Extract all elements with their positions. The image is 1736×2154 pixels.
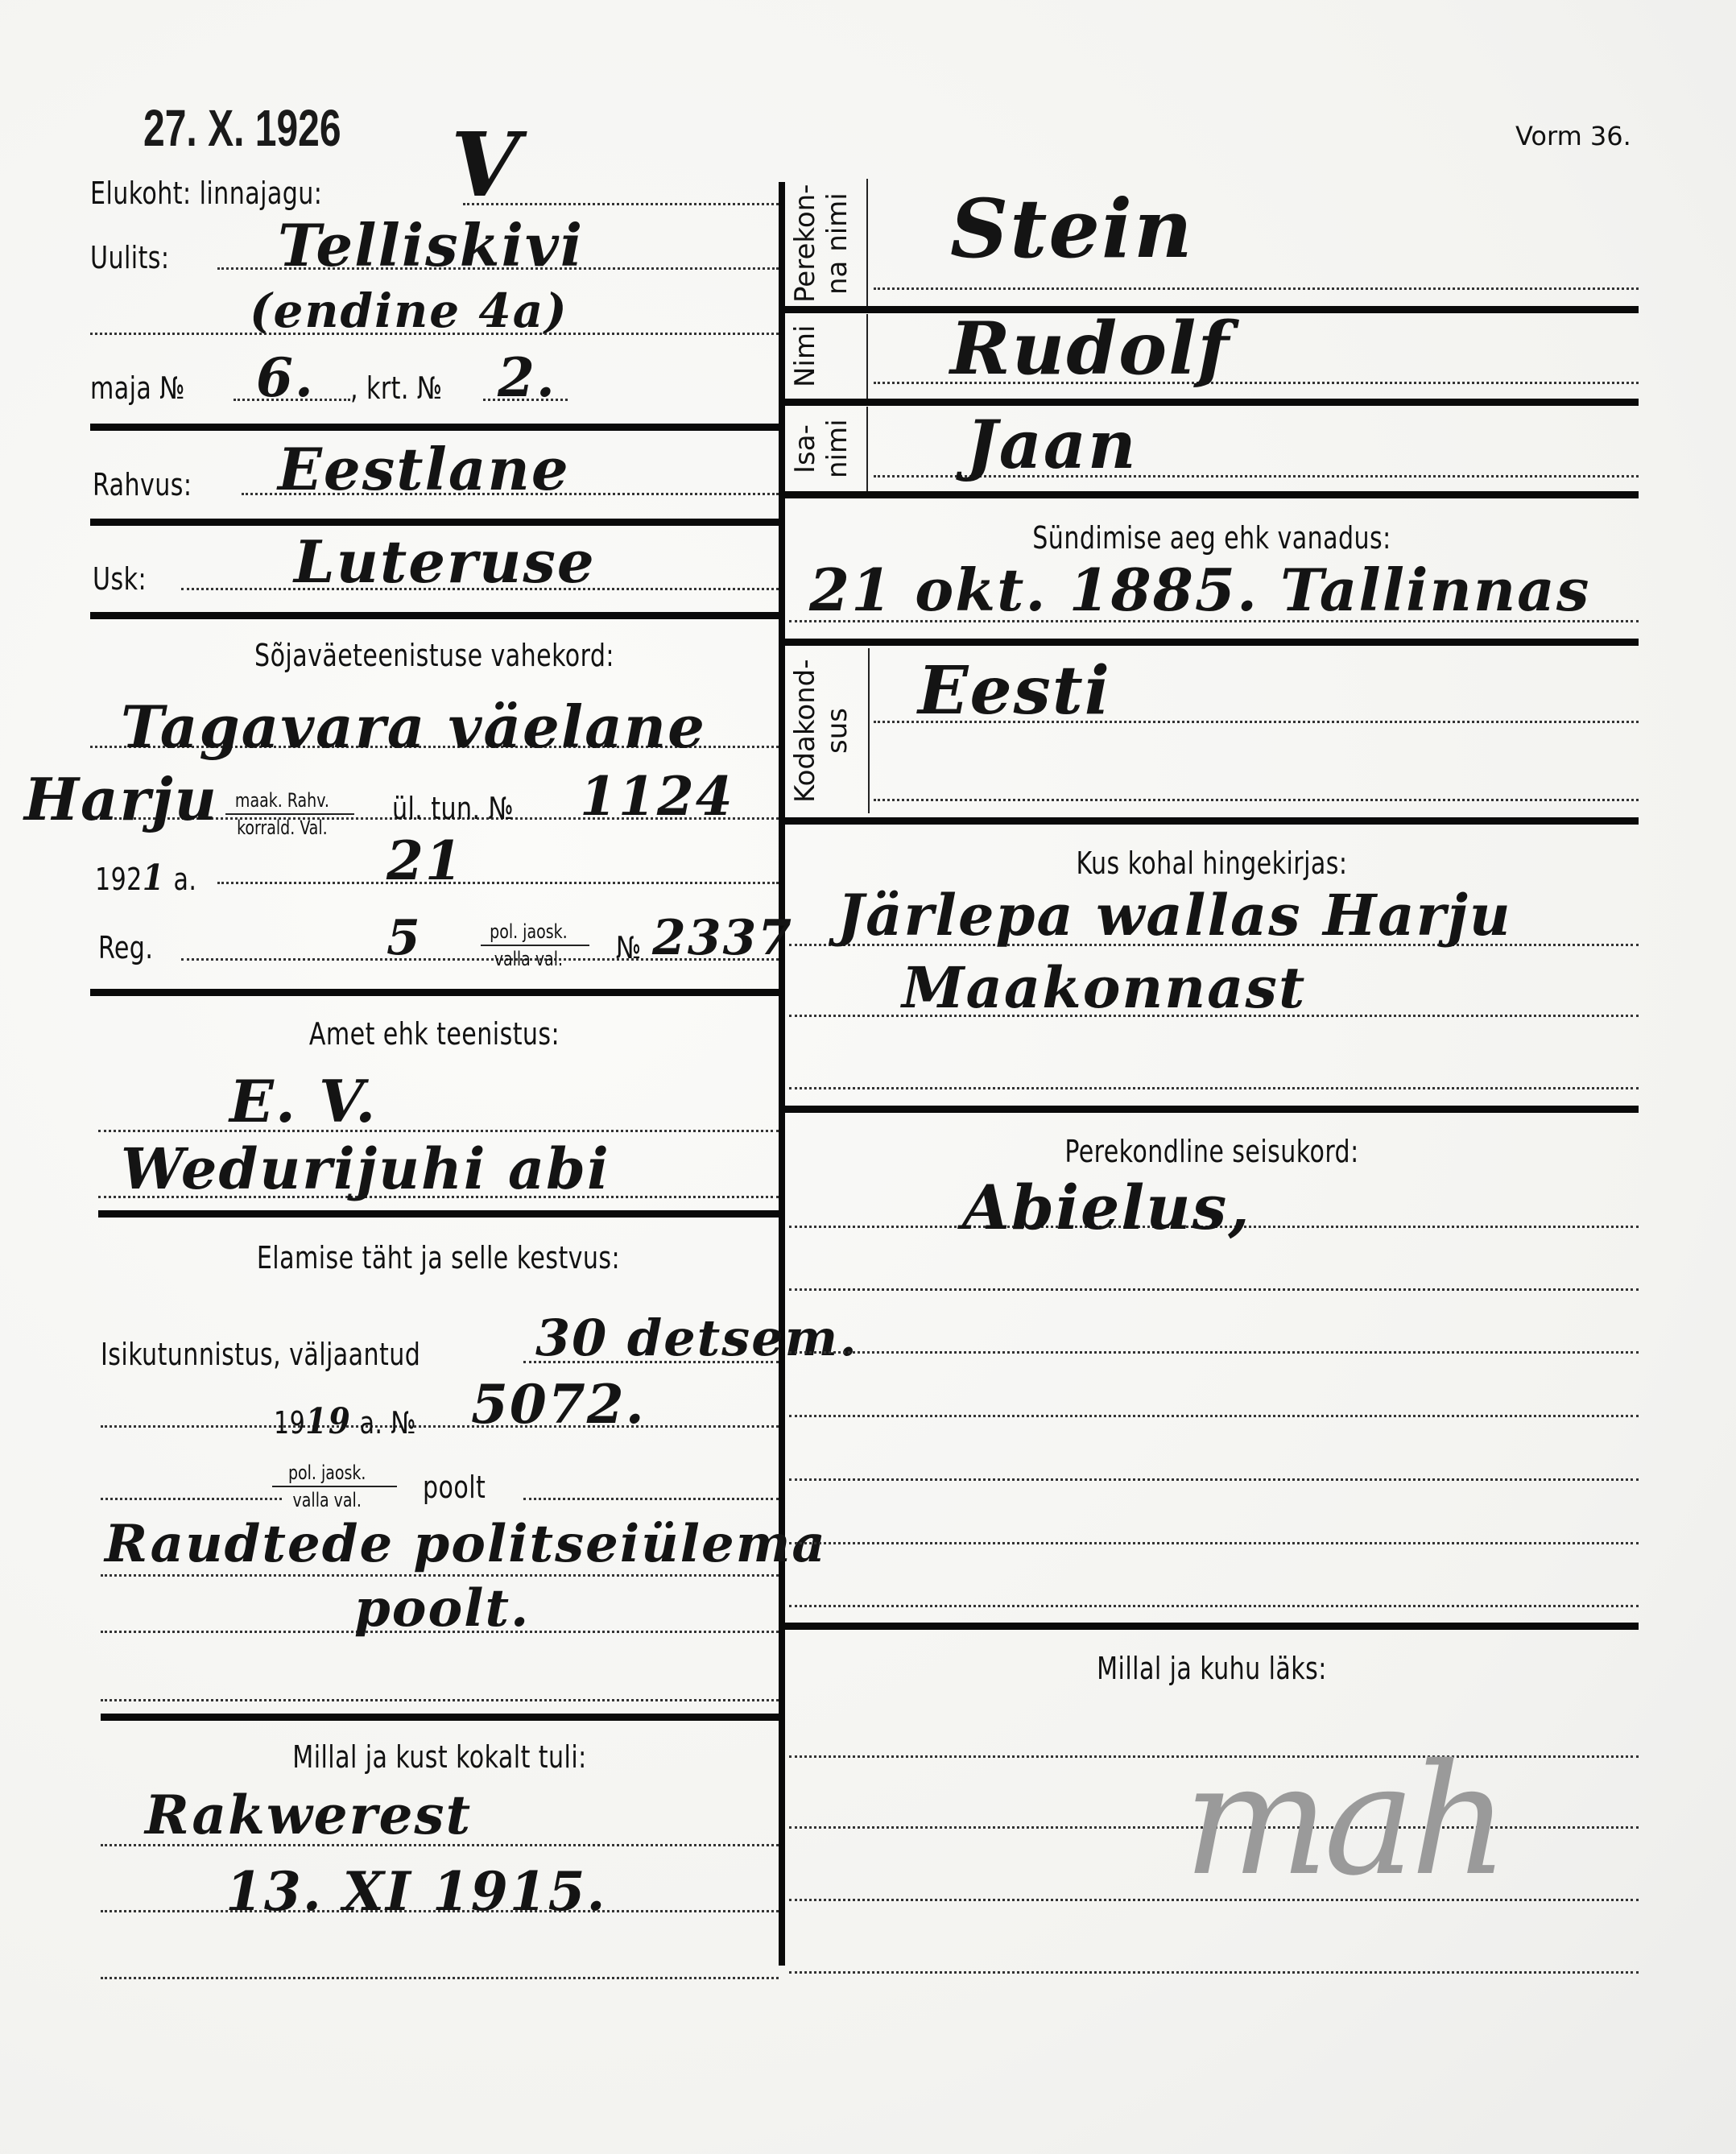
military-heading: Sõjaväeteenistuse vahekord: [131,638,737,673]
district-value: V [451,113,521,217]
departure-value: mah [1184,1731,1504,1909]
birth-heading: Sündimise aeg ehk vanadus: [837,520,1588,556]
reg-label: Reg. [98,930,153,965]
year-line [217,882,779,884]
marital-line-7 [789,1605,1639,1607]
column-divider [779,182,785,1966]
military-status-value: Tagavara väelane [121,693,706,761]
reg-no-value: 2337 [652,910,793,966]
registration-card: 27. X. 1926 Vorm 36. Elukoht: linnajagu:… [0,0,1736,2154]
citizenship-line-2 [874,799,1639,801]
occupation-line-1 [98,1130,779,1132]
surname-line [874,287,1639,290]
section-rule [101,1714,779,1721]
permit-line-3 [101,1699,779,1701]
house-label: maja № [90,370,185,406]
date-stamp: 27. X. 1926 [143,98,341,158]
county-fraction: maak. Rahv. korrald. Val. [225,789,354,839]
issuer-line-left [101,1498,282,1500]
nationality-value: Eestlane [278,435,570,503]
year-label: 1921 a. [95,858,196,899]
reg-value: 5 [386,910,422,966]
section-rule [90,989,779,996]
surname-label: Perekon-na nimi [789,181,862,306]
id-issued-label: Isikutunnistus, väljaantud [101,1337,420,1372]
marital-heading: Perekondline seisukord: [837,1134,1588,1169]
nationality-label: Rahvus: [93,467,192,502]
marital-line-6 [789,1542,1639,1544]
reg-fraction: pol. jaosk. valla val. [481,920,589,970]
occupation-value-2: Wedurijuhi abi [121,1135,610,1202]
departure-line-4 [789,1971,1639,1974]
form-number: Vorm 36. [1515,121,1631,151]
section-rule [785,817,1639,825]
street-label: Uulits: [90,240,170,275]
street-value: Telliskivi [278,211,584,279]
section-rule [90,612,779,619]
issuer-value-1: Raudtede politseiülema [105,1514,827,1574]
citizenship-value: Eesti [918,652,1111,730]
issuer-line-right [523,1498,779,1500]
apartment-label: , krt. № [350,370,443,406]
arrival-place-value: Rakwerest [145,1784,472,1846]
permit-heading: Elamise täht ja selle kestvus: [139,1240,738,1275]
citizenship-label: Kodakond-sus [789,651,863,812]
house-value: 6. [256,346,315,409]
marital-value: Abielus, [962,1172,1251,1243]
apartment-value: 2. [498,346,556,409]
district-label: Elukoht: linnajagu: [90,176,322,211]
section-rule [98,1210,779,1218]
arrival-date-value: 13. XI 1915. [225,1860,607,1923]
id-number-line [101,1425,779,1428]
father-name-label: Isa-nimi [789,407,862,491]
issuer-from-label: poolt [423,1470,486,1505]
marital-line-5 [789,1478,1639,1481]
section-rule [785,639,1639,646]
ul-tun-value: 1124 [580,765,734,828]
arrival-heading: Millal ja kust kokalt tuli: [142,1739,738,1775]
father-name-value: Jaan [966,407,1138,484]
departure-heading: Millal ja kuhu läks: [837,1651,1588,1686]
section-rule [90,519,779,526]
reg-no-label: № [616,930,642,965]
marital-line-4 [789,1415,1639,1417]
ul-tun-label: ül. tun. № [392,791,514,826]
surname-value: Stein [950,181,1194,276]
year-value: 21 [386,829,464,892]
section-rule [785,399,1639,406]
parish-value-2: Maakonnast [902,954,1306,1021]
id-year-label: 1919 a. № [274,1401,416,1442]
section-rule [785,491,1639,498]
first-name-label: Nimi [789,314,862,399]
marital-line-3 [789,1351,1639,1354]
section-rule [90,424,779,431]
parish-line-3 [789,1087,1639,1089]
section-rule [785,1623,1639,1630]
id-date-value: 30 detsem. [535,1309,858,1367]
parish-heading: Kus kohal hingekirjas: [837,845,1588,881]
occupation-value-1: E. V. [229,1067,377,1135]
county-value: Harju [24,765,218,833]
id-number-value: 5072. [471,1373,646,1436]
religion-label: Usk: [93,561,147,597]
street-value-2: (endine 4a) [250,283,568,338]
first-name-value: Rudolf [950,306,1230,391]
occupation-heading: Amet ehk teenistus: [131,1016,737,1052]
issuer-line-1 [101,1574,779,1577]
issuer-fraction: pol. jaosk. valla val. [272,1461,397,1511]
birth-value: 21 okt. 1885. Tallinnas [809,556,1590,624]
section-rule [785,1106,1639,1113]
issuer-value-2: poolt. [354,1578,530,1639]
arrival-line-3 [101,1977,779,1979]
marital-line-2 [789,1288,1639,1291]
religion-value: Luteruse [294,527,596,596]
parish-value-1: Järlepa wallas Harju [837,882,1512,949]
